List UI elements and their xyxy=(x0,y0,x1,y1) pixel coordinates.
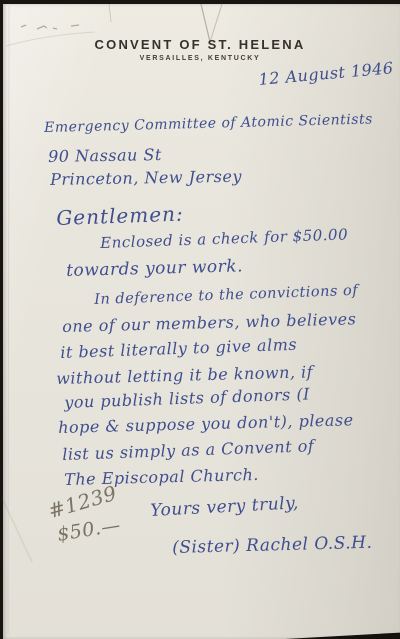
letterhead: CONVENT OF ST. HELENA VERSAILLES, KENTUC… xyxy=(0,37,400,62)
letterhead-subtitle: VERSAILLES, KENTUCKY xyxy=(0,55,400,62)
body-line: towards your work. xyxy=(66,258,243,280)
recipient-line: Princeton, New Jersey xyxy=(50,169,242,188)
letterhead-title: CONVENT OF ST. HELENA xyxy=(0,37,400,52)
salutation: Gentlemen: xyxy=(56,204,184,228)
scanned-letter: CONVENT OF ST. HELENA VERSAILLES, KENTUC… xyxy=(0,0,400,639)
recipient-line: 90 Nassau St xyxy=(48,147,162,165)
